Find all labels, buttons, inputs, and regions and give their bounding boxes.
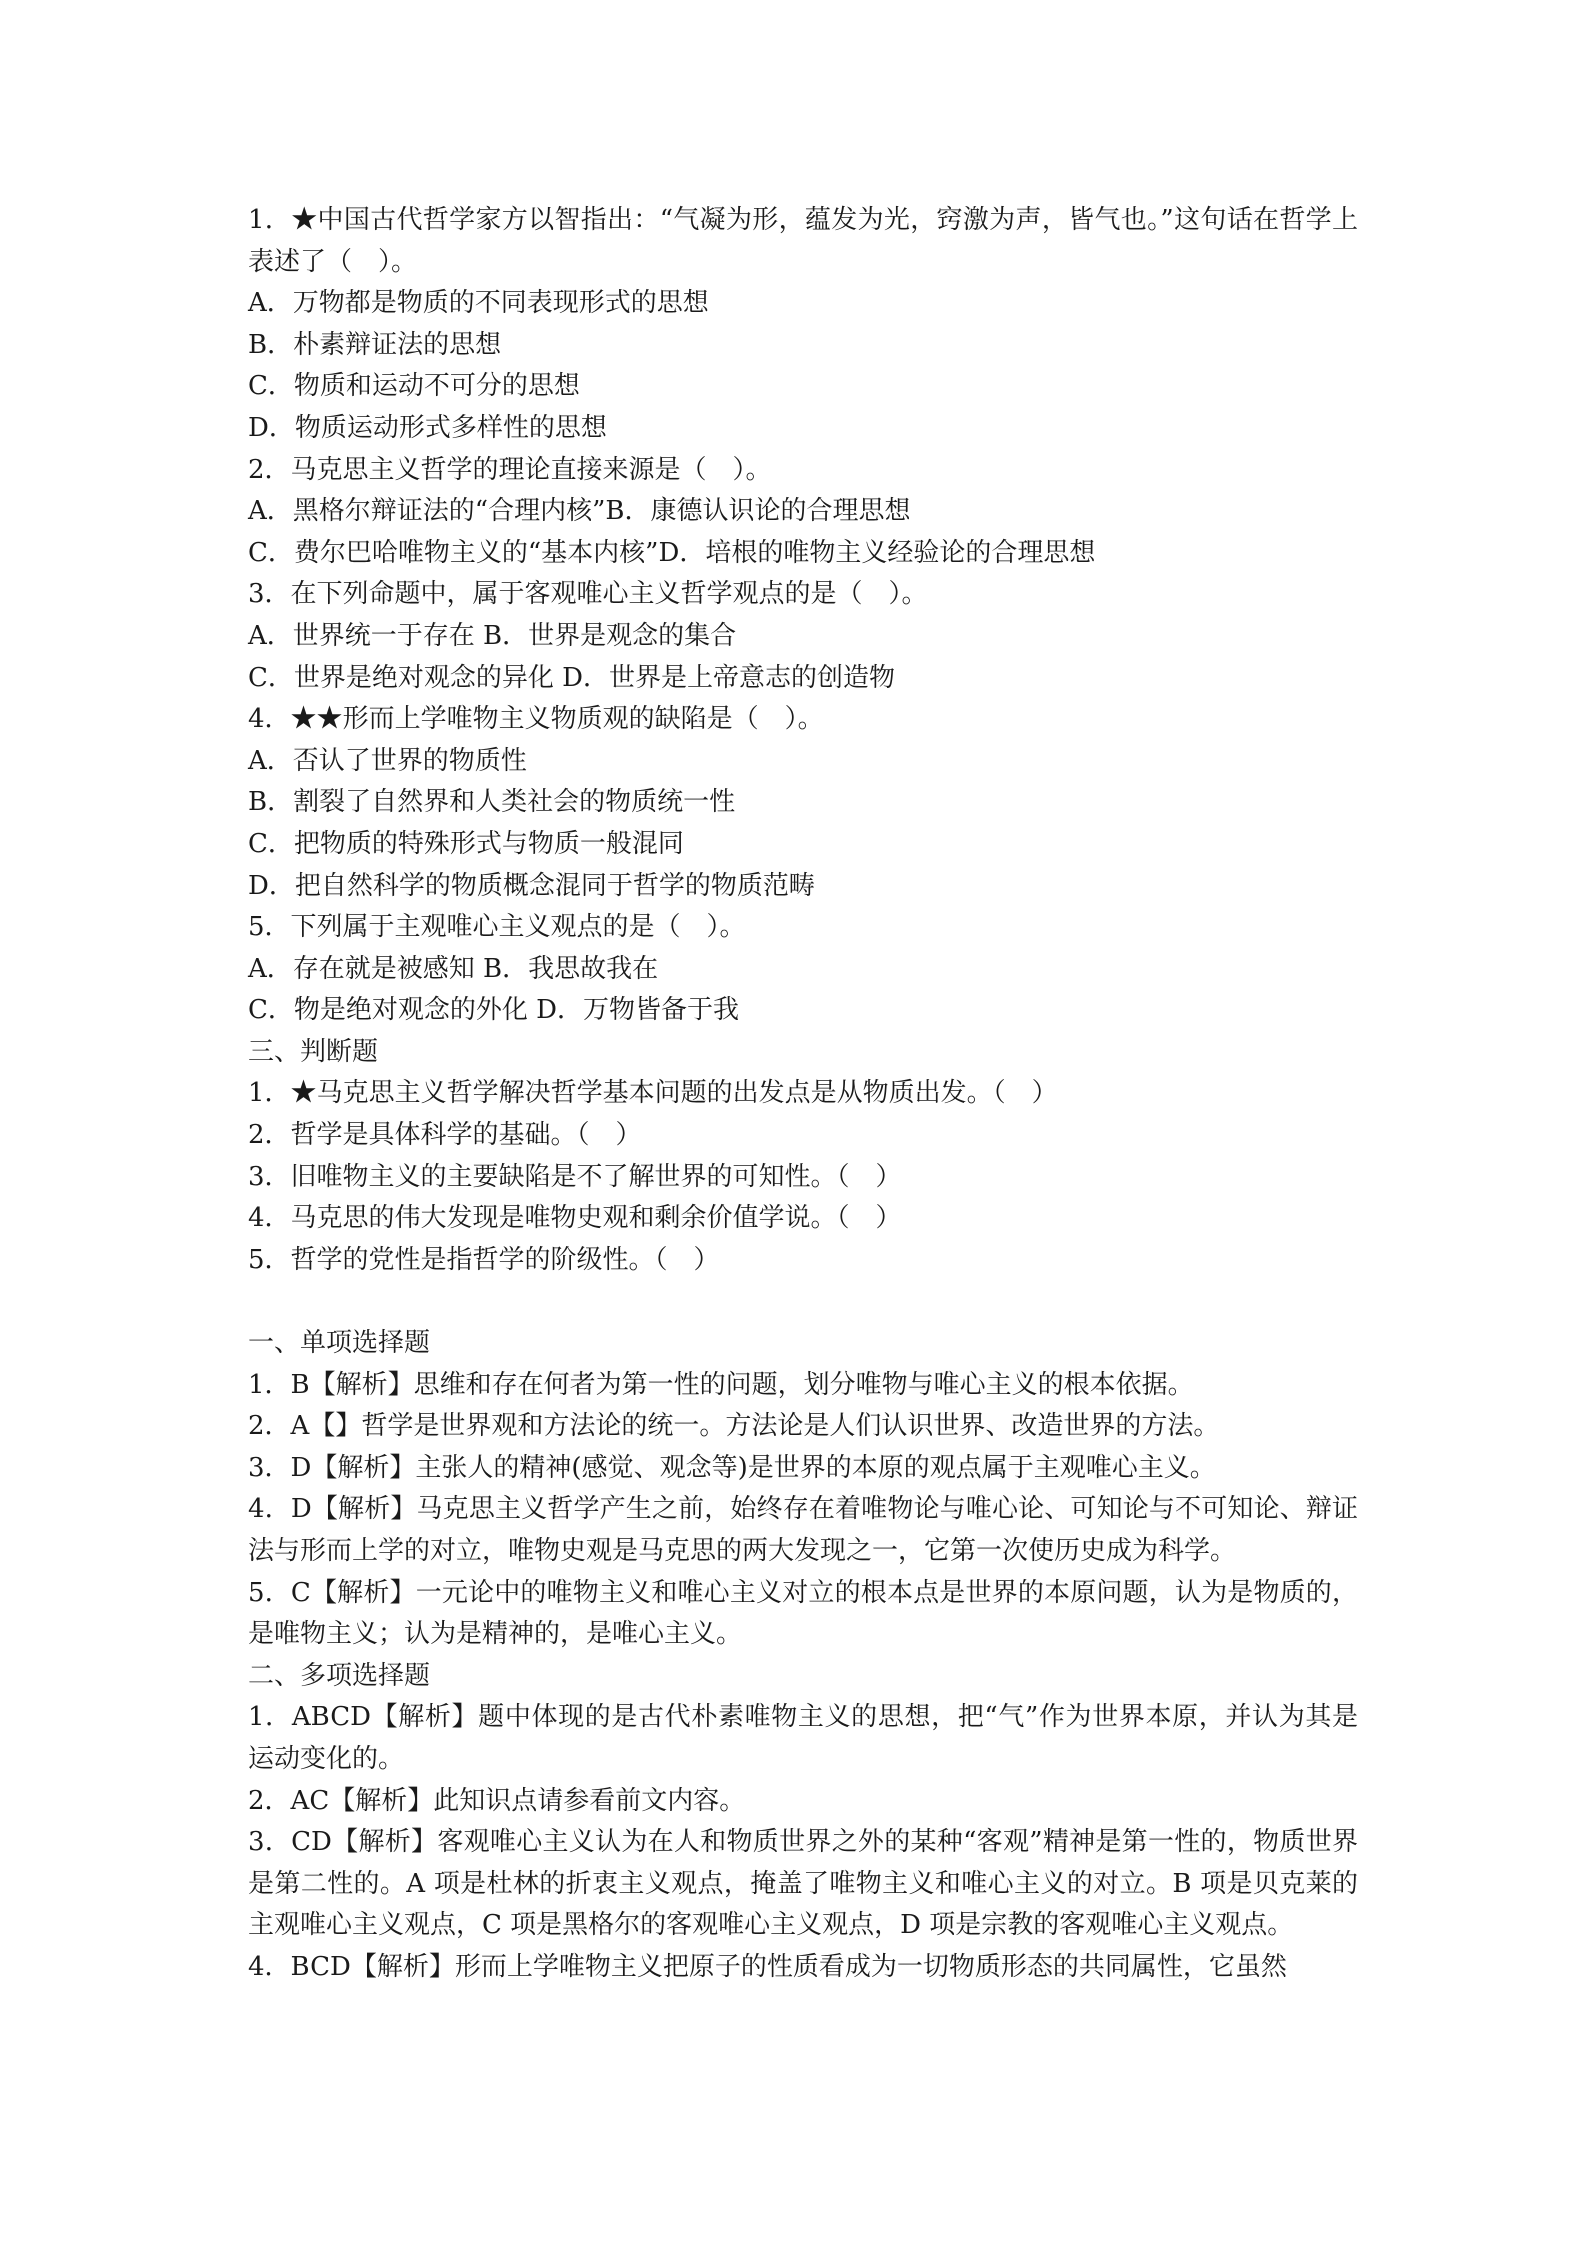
answer-item: 2．A【】哲学是世界观和方法论的统一。方法论是人们认识世界、改造世界的方法。 [248,1406,1358,1448]
question-text: 在下列命题中，属于客观唯心主义哲学观点的是（ ）。 [291,579,928,609]
option: A．黑格尔辩证法的“合理内核”B．康德认识论的合理思想 [248,491,1358,533]
option: C．把物质的特殊形式与物质一般混同 [248,824,1358,866]
section-heading: 三、判断题 [248,1032,1358,1074]
star-icon: ★ [291,205,317,235]
item-number: 5． [248,1245,291,1275]
item-number: 3． [248,1453,291,1483]
question-number: 5． [248,912,291,942]
option: A．否认了世界的物质性 [248,741,1358,783]
answer-item: 1．B【解析】思维和存在何者为第一性的问题，划分唯物与唯心主义的根本依据。 [248,1365,1358,1407]
item-number: 1． [248,1370,291,1400]
analysis-tag: 【解析】 [310,1370,414,1400]
tf-item: 1．★马克思主义哲学解决哲学基本问题的出发点是从物质出发。（ ） [248,1073,1358,1115]
tf-item: 5．哲学的党性是指哲学的阶级性。（ ） [248,1240,1358,1282]
option: D．把自然科学的物质概念混同于哲学的物质范畴 [248,866,1358,908]
answer-item: 5．C【解析】一元论中的唯物主义和唯心主义对立的根本点是世界的本原问题，认为是物… [248,1573,1358,1656]
option: A．存在就是被感知 B．我思故我在 [248,949,1358,991]
item-number: 4． [248,1203,291,1233]
analysis-text: 思维和存在何者为第一性的问题，划分唯物与唯心主义的根本依据。 [414,1370,1194,1400]
document-page: 1．★中国古代哲学家方以智指出：“气凝为形，蕴发为光，窍激为声，皆气也。”这句话… [248,200,1358,1989]
analysis-tag: 【解析】 [312,1494,417,1524]
answer-key: BCD [291,1952,351,1982]
question-text: 中国古代哲学家方以智指出：“气凝为形，蕴发为光，窍激为声，皆气也。”这句话在哲学… [248,205,1358,277]
answer-key: A [291,1411,310,1441]
item-number: 5． [248,1578,291,1608]
option: B．朴素辩证法的思想 [248,325,1358,367]
option: C．物质和运动不可分的思想 [248,366,1358,408]
analysis-text: 形而上学唯物主义把原子的性质看成为一切物质形态的共同属性，它虽然 [455,1952,1287,1982]
analysis-text: 此知识点请参看前文内容。 [433,1786,745,1816]
question-number: 1． [248,205,291,235]
option: A．万物都是物质的不同表现形式的思想 [248,283,1358,325]
analysis-tag: 【】 [309,1411,361,1441]
item-number: 2． [248,1786,291,1816]
option: C．物是绝对观念的外化 D．万物皆备于我 [248,990,1358,1032]
item-text: 马克思主义哲学解决哲学基本问题的出发点是从物质出发。（ ） [317,1078,1058,1108]
answer-key: C [291,1578,311,1608]
item-number: 2． [248,1411,291,1441]
question-stem: 3．在下列命题中，属于客观唯心主义哲学观点的是（ ）。 [248,574,1358,616]
analysis-tag: 【解析】 [351,1952,455,1982]
option: B．割裂了自然界和人类社会的物质统一性 [248,782,1358,824]
question-list: 1．★中国古代哲学家方以智指出：“气凝为形，蕴发为光，窍激为声，皆气也。”这句话… [248,200,1358,1032]
question-text: 马克思主义哲学的理论直接来源是（ ）。 [291,455,772,485]
tf-item: 2．哲学是具体科学的基础。（ ） [248,1115,1358,1157]
item-text: 马克思的伟大发现是唯物史观和剩余价值学说。（ ） [291,1203,902,1233]
answer-key: AC [291,1786,330,1816]
section-heading: 二、多项选择题 [248,1656,1358,1698]
question-stem: 2．马克思主义哲学的理论直接来源是（ ）。 [248,450,1358,492]
option: A．世界统一于存在 B．世界是观念的集合 [248,616,1358,658]
item-number: 3． [248,1162,291,1192]
analysis-text: 哲学是世界观和方法论的统一。方法论是人们认识世界、改造世界的方法。 [361,1411,1219,1441]
question-stem: 4．★★形而上学唯物主义物质观的缺陷是（ ）。 [248,699,1358,741]
item-number: 2． [248,1120,291,1150]
answers-multiple-choice: 二、多项选择题 1．ABCD【解析】题中体现的是古代朴素唯物主义的思想，把“气”… [248,1656,1358,1989]
section-heading: 一、单项选择题 [248,1323,1358,1365]
analysis-tag: 【解析】 [332,1827,437,1857]
item-number: 3． [248,1827,291,1857]
double-star-icon: ★★ [291,704,343,734]
section-spacer [248,1281,1358,1323]
tf-item: 3．旧唯物主义的主要缺陷是不了解世界的可知性。（ ） [248,1157,1358,1199]
item-number: 1． [248,1702,292,1732]
option: C．费尔巴哈唯物主义的“基本内核”D．培根的唯物主义经验论的合理思想 [248,533,1358,575]
answer-key: CD [291,1827,332,1857]
item-number: 4． [248,1952,291,1982]
answers-single-choice: 一、单项选择题 1．B【解析】思维和存在何者为第一性的问题，划分唯物与唯心主义的… [248,1323,1358,1656]
analysis-text: 主张人的精神(感觉、观念等)是世界的本原的观点属于主观唯心主义。 [415,1453,1215,1483]
item-number: 4． [248,1494,291,1524]
answer-key: D [291,1494,312,1524]
analysis-tag: 【解析】 [311,1578,416,1608]
question-text: 下列属于主观唯心主义观点的是（ ）。 [291,912,746,942]
answer-key: D [291,1453,312,1483]
option: C．世界是绝对观念的异化 D．世界是上帝意志的创造物 [248,658,1358,700]
question-number: 4． [248,704,291,734]
item-number: 1． [248,1078,291,1108]
answer-key: B [291,1370,310,1400]
item-text: 旧唯物主义的主要缺陷是不了解世界的可知性。（ ） [291,1162,902,1192]
question-number: 3． [248,579,291,609]
question-stem: 5．下列属于主观唯心主义观点的是（ ）。 [248,907,1358,949]
analysis-tag: 【解析】 [311,1453,415,1483]
question-stem: 1．★中国古代哲学家方以智指出：“气凝为形，蕴发为光，窍激为声，皆气也。”这句话… [248,200,1358,283]
star-icon: ★ [291,1078,317,1108]
analysis-tag: 【解析】 [371,1702,478,1732]
true-false-section: 三、判断题 1．★马克思主义哲学解决哲学基本问题的出发点是从物质出发。（ ） 2… [248,1032,1358,1282]
question-text: 形而上学唯物主义物质观的缺陷是（ ）。 [343,704,824,734]
answer-item: 4．D【解析】马克思主义哲学产生之前，始终存在着唯物论与唯心论、可知论与不可知论… [248,1489,1358,1572]
answer-item: 3．CD【解析】客观唯心主义认为在人和物质世界之外的某种“客观”精神是第一性的，… [248,1822,1358,1947]
answer-item: 3．D【解析】主张人的精神(感觉、观念等)是世界的本原的观点属于主观唯心主义。 [248,1448,1358,1490]
item-text: 哲学是具体科学的基础。（ ） [291,1120,642,1150]
answer-item: 4．BCD【解析】形而上学唯物主义把原子的性质看成为一切物质形态的共同属性，它虽… [248,1947,1358,1989]
answer-item: 1．ABCD【解析】题中体现的是古代朴素唯物主义的思想，把“气”作为世界本原，并… [248,1697,1358,1780]
answer-key: ABCD [292,1702,371,1732]
item-text: 哲学的党性是指哲学的阶级性。（ ） [291,1245,720,1275]
question-number: 2． [248,455,291,485]
answer-item: 2．AC【解析】此知识点请参看前文内容。 [248,1781,1358,1823]
tf-item: 4．马克思的伟大发现是唯物史观和剩余价值学说。（ ） [248,1198,1358,1240]
analysis-tag: 【解析】 [329,1786,433,1816]
option: D．物质运动形式多样性的思想 [248,408,1358,450]
